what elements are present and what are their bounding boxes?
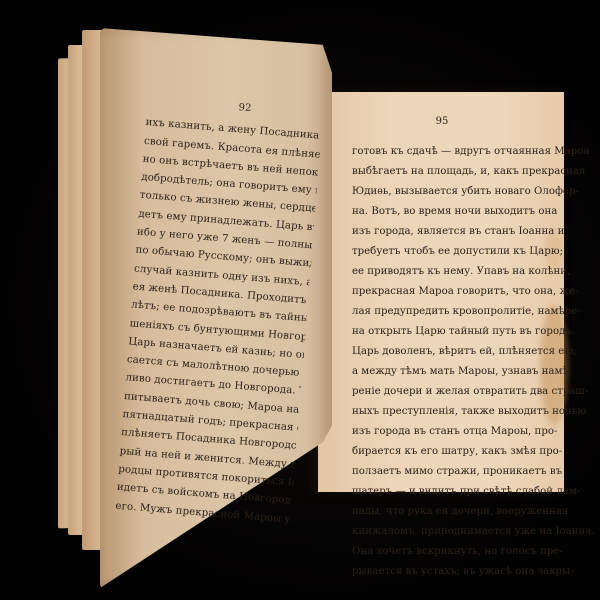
text-line: изъ города въ станъ отца Мароы, про- — [352, 422, 532, 442]
text-line: на. Вотъ, во время ночи выходитъ она — [352, 202, 532, 222]
text-line: кинжаломъ, приподнимается уже на Іоанна. — [352, 522, 532, 542]
text-line: рывается въ устахъ; въ ужасѣ она закры- — [352, 562, 532, 582]
text-line: требуетъ чтобъ ее допустили къ Царю; — [352, 242, 532, 262]
text-line: лая предупредить кровопролитіе, намѣре- — [352, 302, 532, 322]
text-line: бирается къ его шатру, какъ змѣя про- — [352, 442, 532, 462]
text-line: изъ города, является въ станъ Іоанна и — [352, 222, 532, 242]
right-page-number: 95 — [352, 112, 532, 132]
text-line: Юдиѳь, вызывается убить новаго Олофер- — [352, 182, 532, 202]
text-line: на открыть Царю тайный путь въ городъ. — [352, 322, 532, 342]
text-line: а между тѣмъ мать Мароы, узнавъ намѣ- — [352, 362, 532, 382]
text-line: Царь доволенъ, вѣритъ ей, плѣняется ею; — [352, 342, 532, 362]
text-line: готовъ къ сдачѣ — вдругъ отчаянная Мароа — [352, 142, 532, 162]
text-line: пады, что рука ея дочери, вооруженная — [352, 502, 532, 522]
right-page-text: 95 готовъ къ сдачѣ — вдругъ отчаянная Ма… — [352, 140, 532, 582]
text-line: выбѣгаетъ на площадь, и, какъ прекрасная — [352, 162, 532, 182]
text-line: ползаетъ мимо стражи, проникаетъ въ — [352, 462, 532, 482]
left-page-text: 92 ихъ казнить, а жену Посадника взять в… — [115, 92, 324, 529]
text-line: ныхъ преступленія, также выходитъ ночью — [352, 402, 532, 422]
text-line: ее приводятъ къ нему. Упавъ на колѣни, — [352, 262, 532, 282]
text-line: шатеръ — и видитъ при свѣтѣ слабой лам- — [352, 482, 532, 502]
text-line: реніе дочери и желая отвратить два страш… — [352, 382, 532, 402]
text-line: прекрасная Мароа говоритъ, что она, же- — [352, 282, 532, 302]
text-line: Она хочетъ вскрикнуть, но голосъ пре- — [352, 542, 532, 562]
